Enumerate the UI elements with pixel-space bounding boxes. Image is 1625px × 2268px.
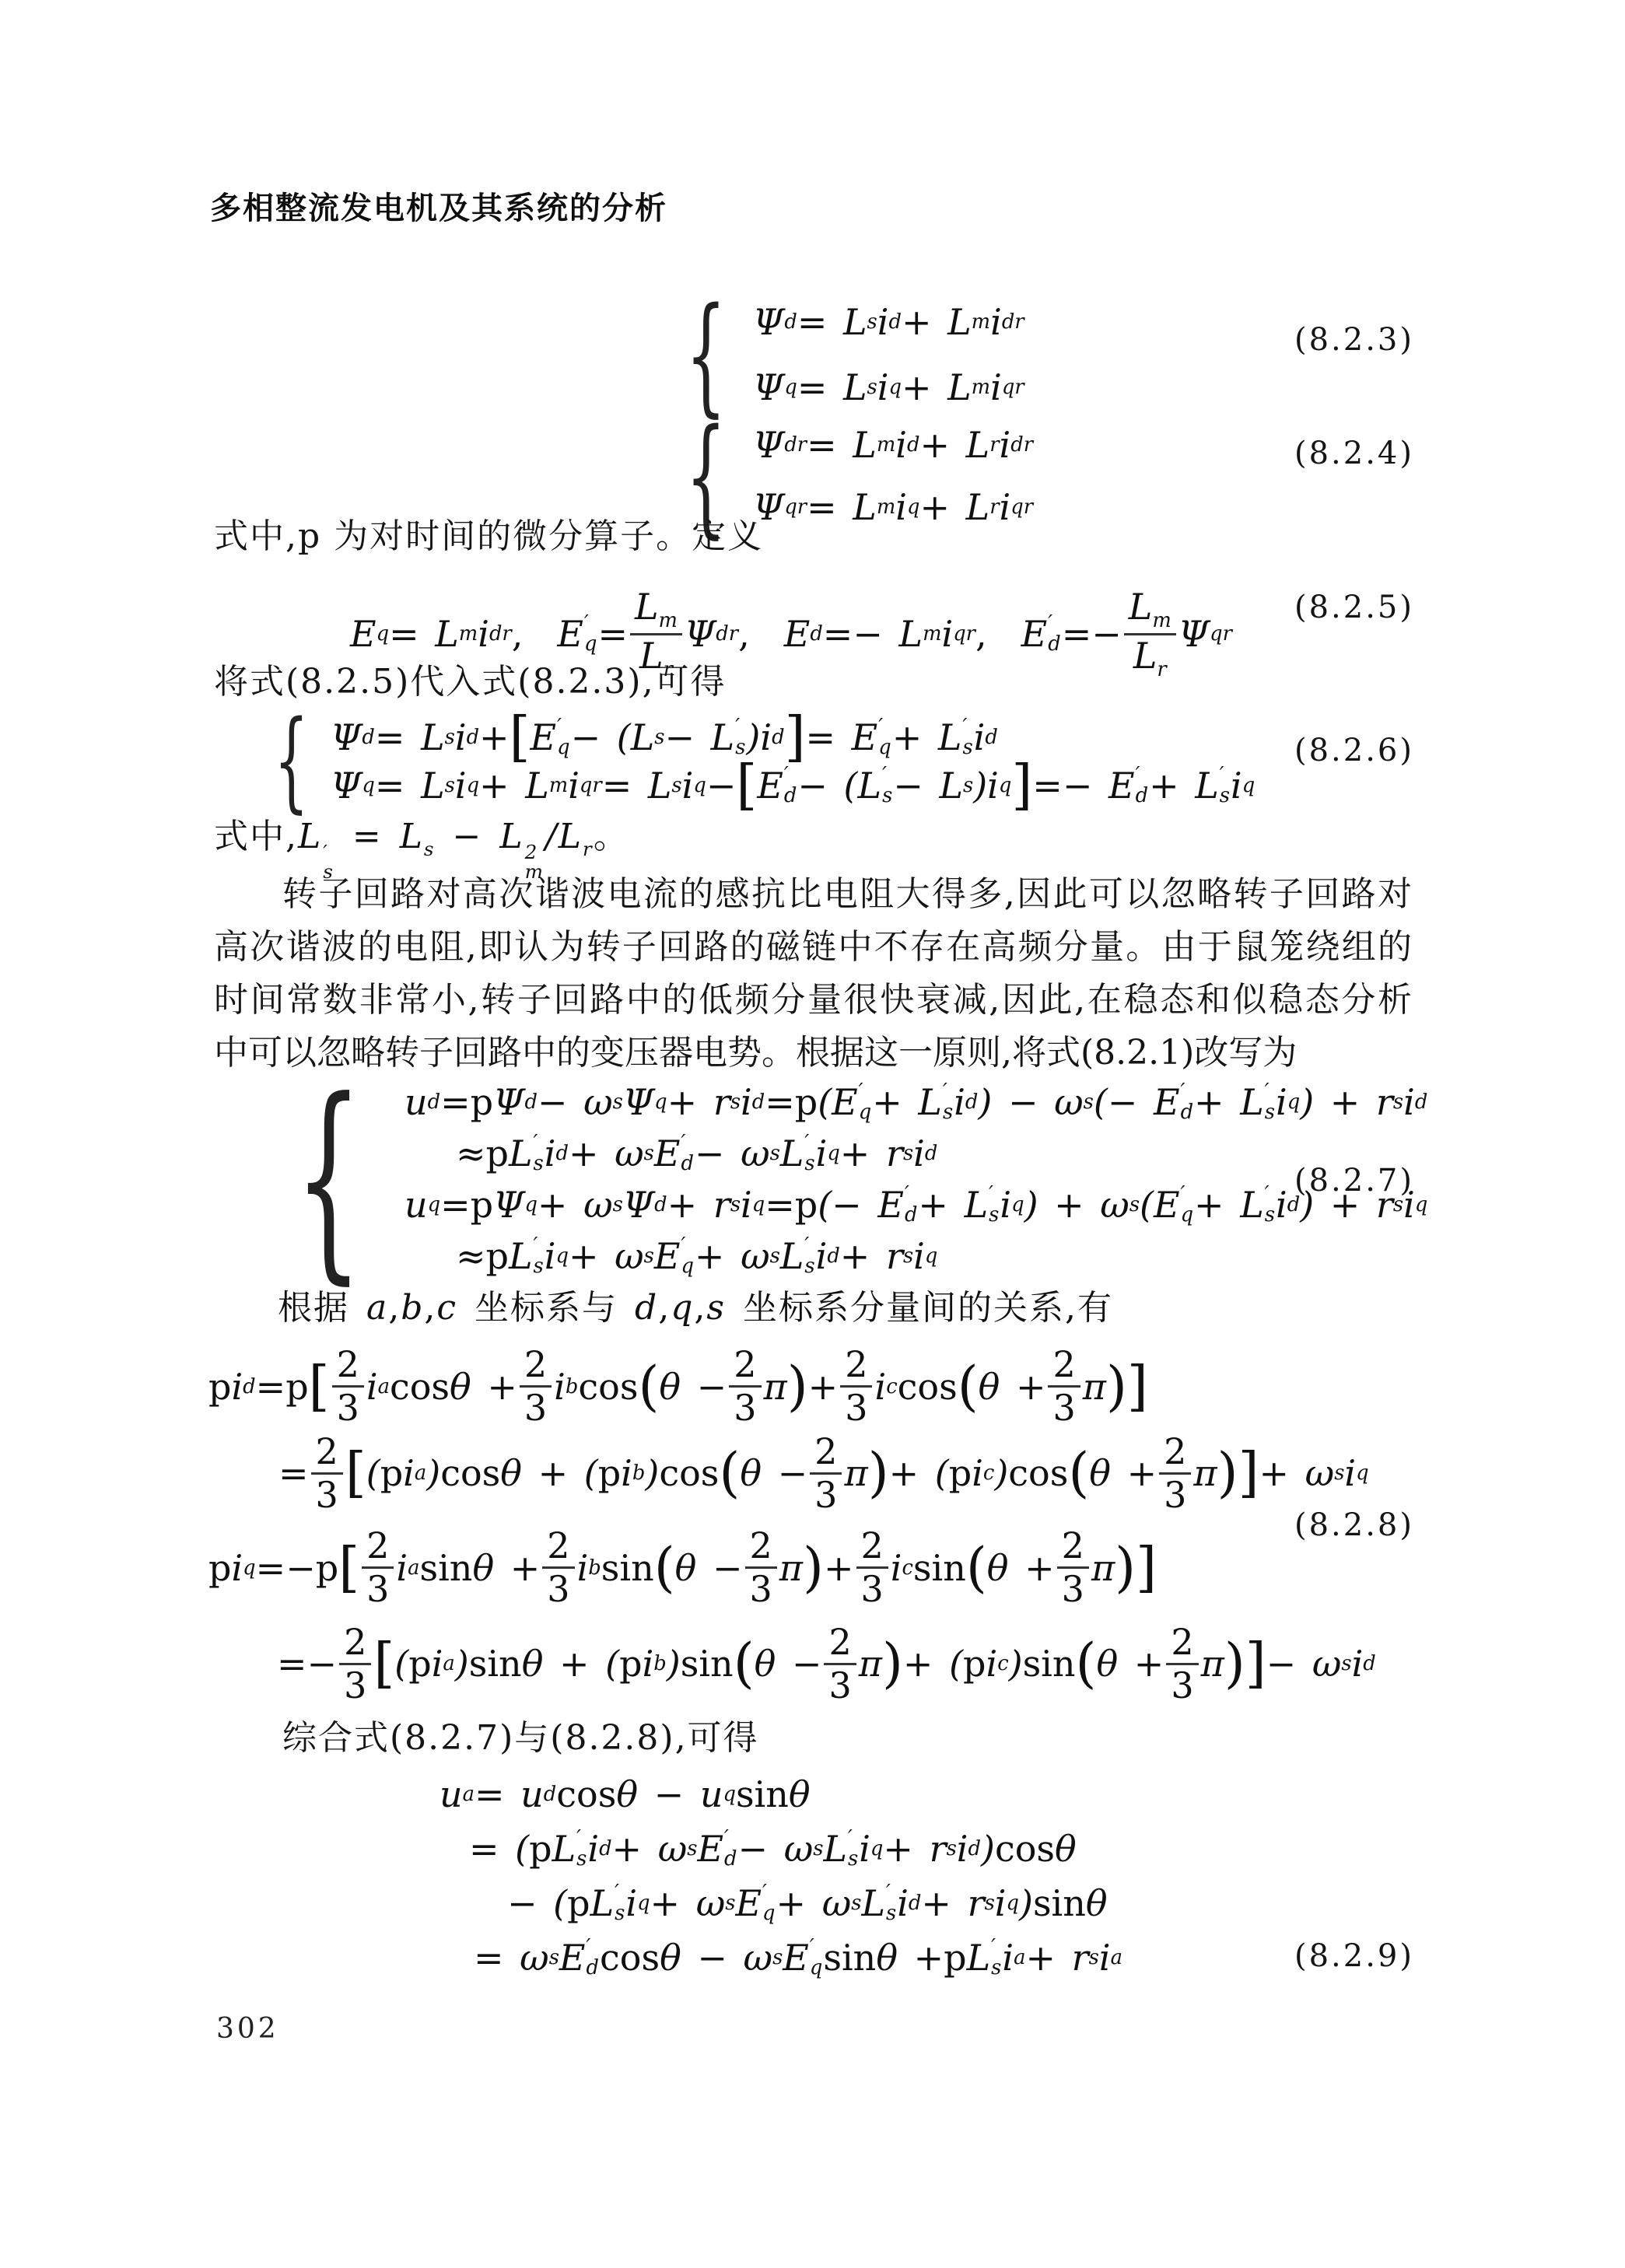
equation-lines: Ψd = Lsid + Lmidr Ψq = Lsiq + Lmiqr — [753, 289, 1024, 420]
text-line-combine: 综合式(8.2.7)与(8.2.8),可得 — [282, 1715, 759, 1762]
math-line: Ψd = Lsid + Lmidr — [753, 289, 1024, 355]
body-paragraph: 转子回路对高次谐波电流的感抗比电阻大得多,因此可以忽略转子回路对 高次谐波的电阻… — [214, 868, 1412, 1080]
equation-label-8-2-7: (8.2.7) — [1291, 1163, 1414, 1199]
text-line-definition-intro: 式中,p 为对时间的微分算子。定义 — [214, 513, 763, 560]
math-line: Ψdr = Lmid + Lridr — [753, 414, 1033, 476]
paragraph-line: 时间常数非常小,转子回路中的低频分量很快衰减,因此,在稳态和似稳态分析 — [214, 974, 1412, 1027]
math-line: ua = udcosθ − uqsinθ — [440, 1767, 1122, 1822]
math-line: Ψq = Lsiq + Lmiqr — [753, 355, 1024, 420]
equation-lines: Ψdr = Lmid + Lridr Ψqr = Lmiq + Lriqr — [753, 414, 1033, 538]
math-line: = 23[(pia)cosθ + (pib)cos(θ − 23π) + (pi… — [278, 1427, 1376, 1519]
math-line: = ωsE′dcosθ − ωsE′qsinθ + pL′sia + rsia — [474, 1930, 1122, 1985]
running-head: 多相整流发电机及其系统的分析 — [210, 184, 667, 228]
math-line: Ψq = Lsiq + Lmiqr = Lsiq − [E′d − (L′s −… — [331, 761, 1255, 810]
system-brace: { — [295, 1083, 362, 1276]
equation-label-8-2-4: (8.2.4) — [1291, 436, 1414, 471]
math-line: − (pL′siq + ωsE′q + ωsL′sid + rsiq)sinθ — [507, 1876, 1122, 1930]
book-page: 多相整流发电机及其系统的分析 { Ψd = Lsid + Lmidr Ψq = … — [0, 0, 1625, 2268]
paragraph-line: 转子回路对高次谐波电流的感抗比电阻大得多,因此可以忽略转子回路对 — [214, 868, 1412, 921]
system-brace: { — [685, 297, 726, 413]
equation-8-2-8: pid = p[23iacosθ + 23ibcos(θ − 23π) + 23… — [208, 1346, 1376, 1711]
math-line: uq = pΨq + ωsΨd + rsiq = p(− E′d + L′siq… — [404, 1179, 1427, 1230]
math-line: Ψqr = Lmiq + Lriqr — [753, 476, 1033, 538]
math-line: ≈ pL′siq + ωsE′q + ωsL′sid + rsiq — [456, 1230, 1427, 1282]
equation-8-2-9: ua = udcosθ − uqsinθ = (pL′sid + ωsE′d −… — [440, 1767, 1122, 1985]
paragraph-line: 中可以忽略转子回路中的变压器电势。根据这一原则,将式(8.2.1)改写为 — [214, 1027, 1412, 1080]
text-line-coordinate-relation: 根据 a,b,c 坐标系与 d,q,s 坐标系分量间的关系,有 — [278, 1285, 1113, 1332]
math-line: =− 23[(pia)sinθ + (pib)sin(θ − 23π) + (p… — [277, 1616, 1376, 1711]
math-line: ≈ pL′sid + ωsE′d − ωsL′siq + rsid — [456, 1128, 1427, 1179]
equation-lines: pid = p[23iacosθ + 23ibcos(θ − 23π) + 23… — [208, 1346, 1376, 1711]
system-brace: { — [274, 712, 309, 810]
math-line: pid = p[23iacosθ + 23ibcos(θ − 23π) + 23… — [208, 1346, 1376, 1427]
equation-lines: ua = udcosθ − uqsinθ = (pL′sid + ωsE′d −… — [440, 1767, 1122, 1985]
equation-label-8-2-5: (8.2.5) — [1291, 590, 1414, 625]
page-number: 302 — [216, 2013, 279, 2045]
equation-8-2-6: { Ψd = Lsid + [E′q − (Ls − L′s)id] = E′q… — [257, 712, 1255, 810]
equation-lines: Ψd = Lsid + [E′q − (Ls − L′s)id] = E′q +… — [331, 713, 1255, 810]
equation-8-2-7: { ud = pΨd − ωsΨq + rsid = p(E′q + L′sid… — [261, 1076, 1427, 1282]
equation-lines: ud = pΨd − ωsΨq + rsid = p(E′q + L′sid) … — [404, 1076, 1427, 1282]
math-line: ud = pΨd − ωsΨq + rsid = p(E′q + L′sid) … — [404, 1076, 1427, 1128]
math-line: piq =− p[23iasinθ + 23ibsin(θ − 23π) + 2… — [208, 1519, 1376, 1616]
equation-label-8-2-3: (8.2.3) — [1291, 322, 1414, 358]
paragraph-line: 高次谐波的电阻,即认为转子回路的磁链中不存在高频分量。由于鼠笼绕组的 — [214, 921, 1412, 974]
equation-label-8-2-8: (8.2.8) — [1291, 1507, 1414, 1543]
equation-label-8-2-9: (8.2.9) — [1291, 1938, 1414, 1974]
equation-label-8-2-6: (8.2.6) — [1291, 733, 1414, 768]
math-line: Ψd = Lsid + [E′q − (Ls − L′s)id] = E′q +… — [331, 713, 1255, 761]
math-line: = (pL′sid + ωsE′d − ωsL′siq + rsid)cosθ — [469, 1822, 1122, 1876]
